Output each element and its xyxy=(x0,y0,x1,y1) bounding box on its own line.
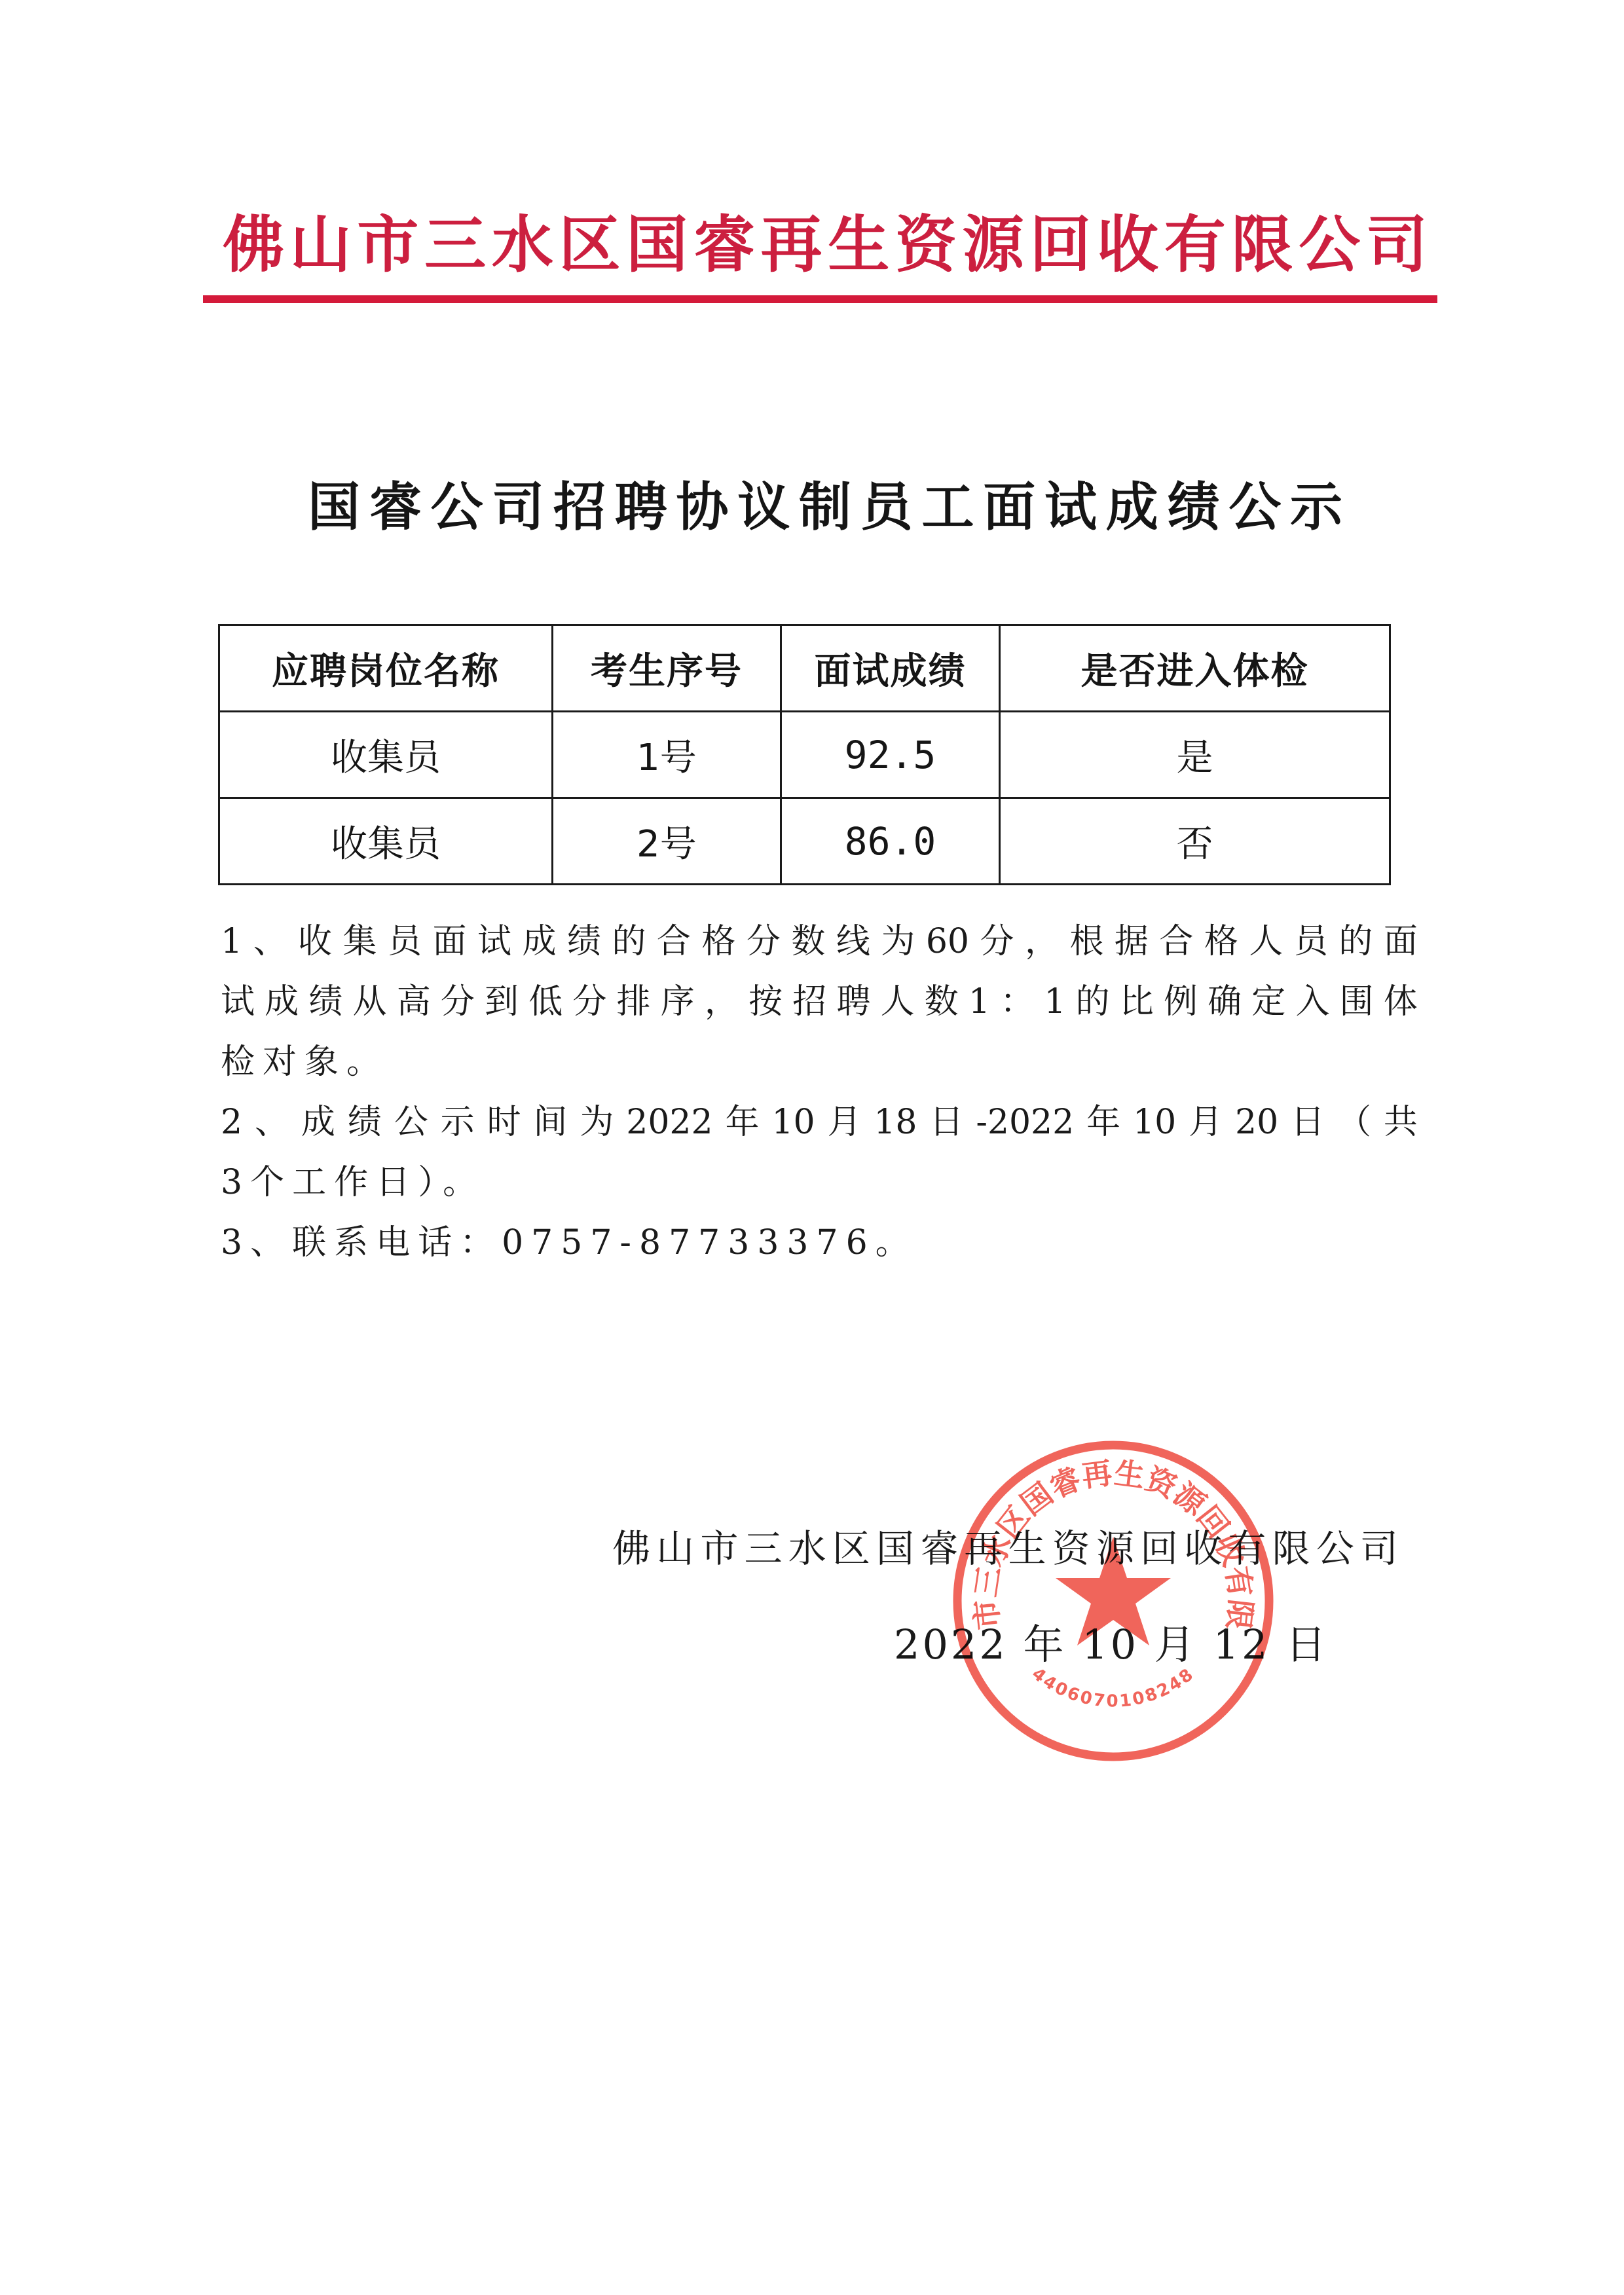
note-1-line-3: 检对象。 xyxy=(221,1032,1418,1092)
cell-medical-exam: 是 xyxy=(1000,712,1390,798)
header-candidate-no: 考生序号 xyxy=(553,625,781,712)
seal-star-icon xyxy=(1056,1537,1171,1645)
note-3-contact-phone: 3、联系电话：0757-87733376。 xyxy=(221,1213,1418,1273)
interview-results-table: 应聘岗位名称 考生序号 面试成绩 是否进入体检 收集员 1号 92.5 是 收集… xyxy=(218,624,1391,885)
svg-text:4406070108248: 4406070108248 xyxy=(1028,1664,1198,1711)
cell-candidate-no: 2号 xyxy=(553,798,781,885)
notes-section: 1、收集员面试成绩的合格分数线为60分，根据合格人员的面 试成绩从高分到低分排序… xyxy=(221,911,1418,1273)
cell-position: 收集员 xyxy=(219,798,553,885)
table-row: 收集员 1号 92.5 是 xyxy=(219,712,1390,798)
cell-score: 86.0 xyxy=(781,798,1000,885)
note-1-line-2: 试成绩从高分到低分排序，按招聘人数1：1的比例确定入围体 xyxy=(221,972,1418,1032)
table-header-row: 应聘岗位名称 考生序号 面试成绩 是否进入体检 xyxy=(219,625,1390,712)
header-medical-exam: 是否进入体检 xyxy=(1000,625,1390,712)
letterhead-red-rule xyxy=(203,295,1437,303)
header-score: 面试成绩 xyxy=(781,625,1000,712)
cell-score: 92.5 xyxy=(781,712,1000,798)
note-2-line-2: 3个工作日）。 xyxy=(221,1152,1418,1213)
header-position: 应聘岗位名称 xyxy=(219,625,553,712)
note-2-line-1: 2、成绩公示时间为2022年10月18日-2022年10月20日（共 xyxy=(221,1092,1418,1152)
note-1-line-1: 1、收集员面试成绩的合格分数线为60分，根据合格人员的面 xyxy=(221,911,1418,972)
official-seal-stamp-icon: 佛山市三水区国睿再生资源回收有限公司 4406070108248 xyxy=(951,1439,1276,1763)
document-title: 国睿公司招聘协议制员工面试成绩公示 xyxy=(308,466,1342,538)
table-row: 收集员 2号 86.0 否 xyxy=(219,798,1390,885)
letterhead-company-name: 佛山市三水区国睿再生资源回收有限公司 xyxy=(223,196,1428,282)
cell-candidate-no: 1号 xyxy=(553,712,781,798)
cell-medical-exam: 否 xyxy=(1000,798,1390,885)
cell-position: 收集员 xyxy=(219,712,553,798)
